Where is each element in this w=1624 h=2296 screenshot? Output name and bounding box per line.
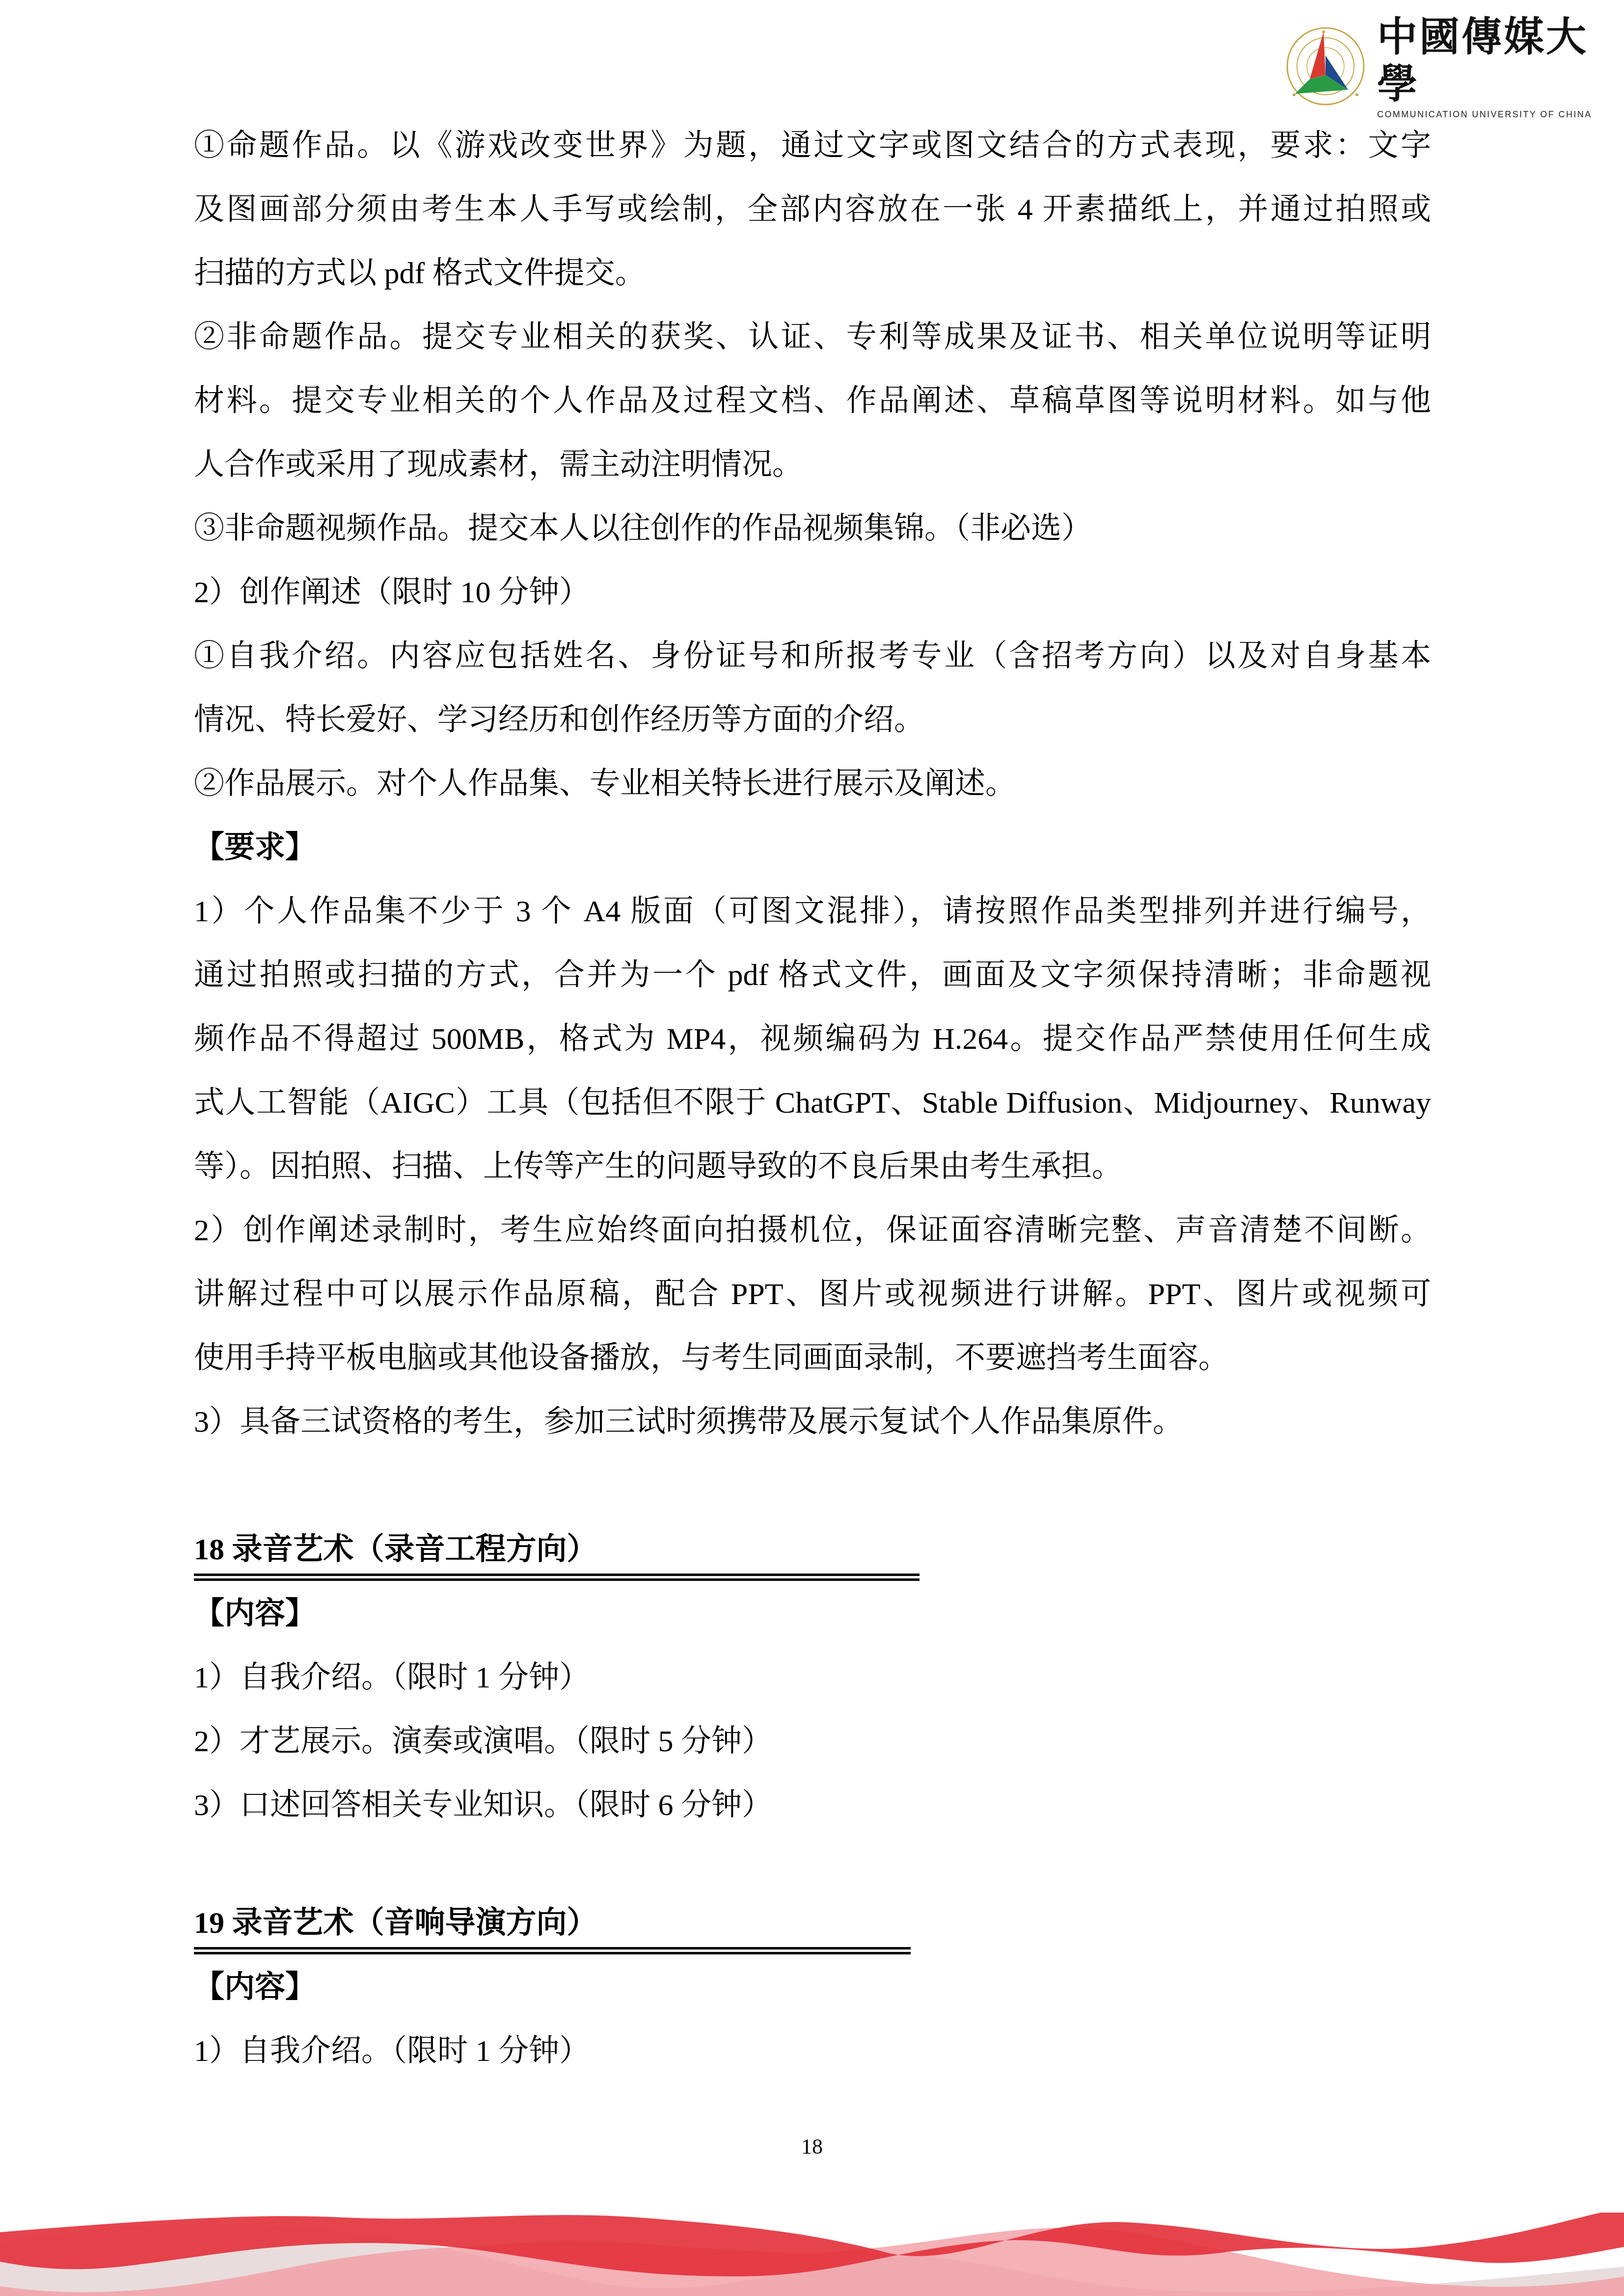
list-item: 3）口述回答相关专业知识。（限时 6 分钟） bbox=[194, 1773, 1431, 1837]
logo-chinese-name: 中國傳媒大學 bbox=[1377, 13, 1592, 107]
page-number: 18 bbox=[0, 2134, 1624, 2159]
requirement-item-1: 1）个人作品集不少于 3 个 A4 版面（可图文混排），请按照作品类型排列并进行… bbox=[194, 880, 1431, 1199]
text-line: ③非命题视频作品。提交本人以往创作的作品视频集锦。（非必选） bbox=[194, 497, 1431, 561]
text-line: 式人工智能（AIGC）工具（包括但不限于 ChatGPT、Stable Diff… bbox=[194, 1071, 1431, 1135]
content-heading: 【内容】 bbox=[194, 1955, 1431, 2019]
text-line: ②作品展示。对个人作品集、专业相关特长进行展示及阐述。 bbox=[194, 752, 1431, 816]
text-line: 3）具备三试资格的考生，参加三试时须携带及展示复试个人作品集原件。 bbox=[194, 1390, 1431, 1454]
university-logo: 中國傳媒大學 COMMUNICATION UNIVERSITY OF CHINA bbox=[1285, 25, 1590, 108]
text-line: ①命题作品。以《游戏改变世界》为题，通过文字或图文结合的方式表现，要求：文字 bbox=[194, 114, 1431, 178]
paragraph-video-work: ③非命题视频作品。提交本人以往创作的作品视频集锦。（非必选） bbox=[194, 497, 1431, 561]
text-line: 情况、特长爱好、学习经历和创作经历等方面的介绍。 bbox=[194, 688, 1431, 752]
paragraph-proposition-work: ①命题作品。以《游戏改变世界》为题，通过文字或图文结合的方式表现，要求：文字 及… bbox=[194, 114, 1431, 305]
document-body: ①命题作品。以《游戏改变世界》为题，通过文字或图文结合的方式表现，要求：文字 及… bbox=[194, 114, 1431, 2083]
paragraph-work-display: ②作品展示。对个人作品集、专业相关特长进行展示及阐述。 bbox=[194, 752, 1431, 816]
section-title: 19 录音艺术（音响导演方向） bbox=[194, 1901, 911, 1945]
section-18-recording-engineering: 18 录音艺术（录音工程方向） bbox=[194, 1527, 920, 1581]
text-line: 2）创作阐述录制时，考生应始终面向拍摄机位，保证面容清晰完整、声音清楚不间断。 bbox=[194, 1199, 1431, 1262]
paragraph-non-proposition-work: ②非命题作品。提交专业相关的获奖、认证、专利等成果及证书、相关单位说明等证明 材… bbox=[194, 305, 1431, 497]
text-line: 材料。提交专业相关的个人作品及过程文档、作品阐述、草稿草图等说明材料。如与他 bbox=[194, 369, 1431, 433]
content-heading: 【内容】 bbox=[194, 1582, 1431, 1646]
text-line: 频作品不得超过 500MB，格式为 MP4，视频编码为 H.264。提交作品严禁… bbox=[194, 1007, 1431, 1071]
paragraph-creative-statement: 2）创作阐述（限时 10 分钟） bbox=[194, 561, 1431, 624]
text-line: 人合作或采用了现成素材，需主动注明情况。 bbox=[194, 433, 1431, 497]
university-seal-icon bbox=[1285, 26, 1366, 107]
list-item: 1）自我介绍。（限时 1 分钟） bbox=[194, 1646, 1431, 1709]
section-title-double-rule bbox=[194, 1947, 911, 1954]
section-19-sound-direction: 19 录音艺术（音响导演方向） bbox=[194, 1901, 911, 1954]
text-line: 1）个人作品集不少于 3 个 A4 版面（可图文混排），请按照作品类型排列并进行… bbox=[194, 880, 1431, 943]
text-line: ②非命题作品。提交专业相关的获奖、认证、专利等成果及证书、相关单位说明等证明 bbox=[194, 305, 1431, 369]
list-item: 2）才艺展示。演奏或演唱。（限时 5 分钟） bbox=[194, 1709, 1431, 1773]
decorative-footer-wave bbox=[0, 2213, 1624, 2296]
text-line: 等）。因拍照、扫描、上传等产生的问题导致的不良后果由考生承担。 bbox=[194, 1135, 1431, 1199]
text-line: 2）创作阐述（限时 10 分钟） bbox=[194, 561, 1431, 624]
text-line: 通过拍照或扫描的方式，合并为一个 pdf 格式文件，画面及文字须保持清晰；非命题… bbox=[194, 943, 1431, 1007]
section-title-double-rule bbox=[194, 1574, 920, 1581]
list-item: 1）自我介绍。（限时 1 分钟） bbox=[194, 2019, 1431, 2083]
text-line: 使用手持平板电脑或其他设备播放，与考生同画面录制，不要遮挡考生面容。 bbox=[194, 1326, 1431, 1390]
spacer bbox=[194, 1454, 1431, 1527]
requirements-heading: 【要求】 bbox=[194, 816, 1431, 880]
text-line: 及图画部分须由考生本人手写或绘制，全部内容放在一张 4 开素描纸上，并通过拍照或 bbox=[194, 178, 1431, 241]
spacer bbox=[194, 1837, 1431, 1901]
requirement-item-2: 2）创作阐述录制时，考生应始终面向拍摄机位，保证面容清晰完整、声音清楚不间断。 … bbox=[194, 1199, 1431, 1390]
text-line: 讲解过程中可以展示作品原稿，配合 PPT、图片或视频进行讲解。PPT、图片或视频… bbox=[194, 1262, 1431, 1326]
text-line: 扫描的方式以 pdf 格式文件提交。 bbox=[194, 241, 1431, 305]
requirement-item-3: 3）具备三试资格的考生，参加三试时须携带及展示复试个人作品集原件。 bbox=[194, 1390, 1431, 1454]
paragraph-self-introduction: ①自我介绍。内容应包括姓名、身份证号和所报考专业（含招考方向）以及对自身基本 情… bbox=[194, 624, 1431, 752]
text-line: ①自我介绍。内容应包括姓名、身份证号和所报考专业（含招考方向）以及对自身基本 bbox=[194, 624, 1431, 688]
section-title: 18 录音艺术（录音工程方向） bbox=[194, 1527, 920, 1572]
